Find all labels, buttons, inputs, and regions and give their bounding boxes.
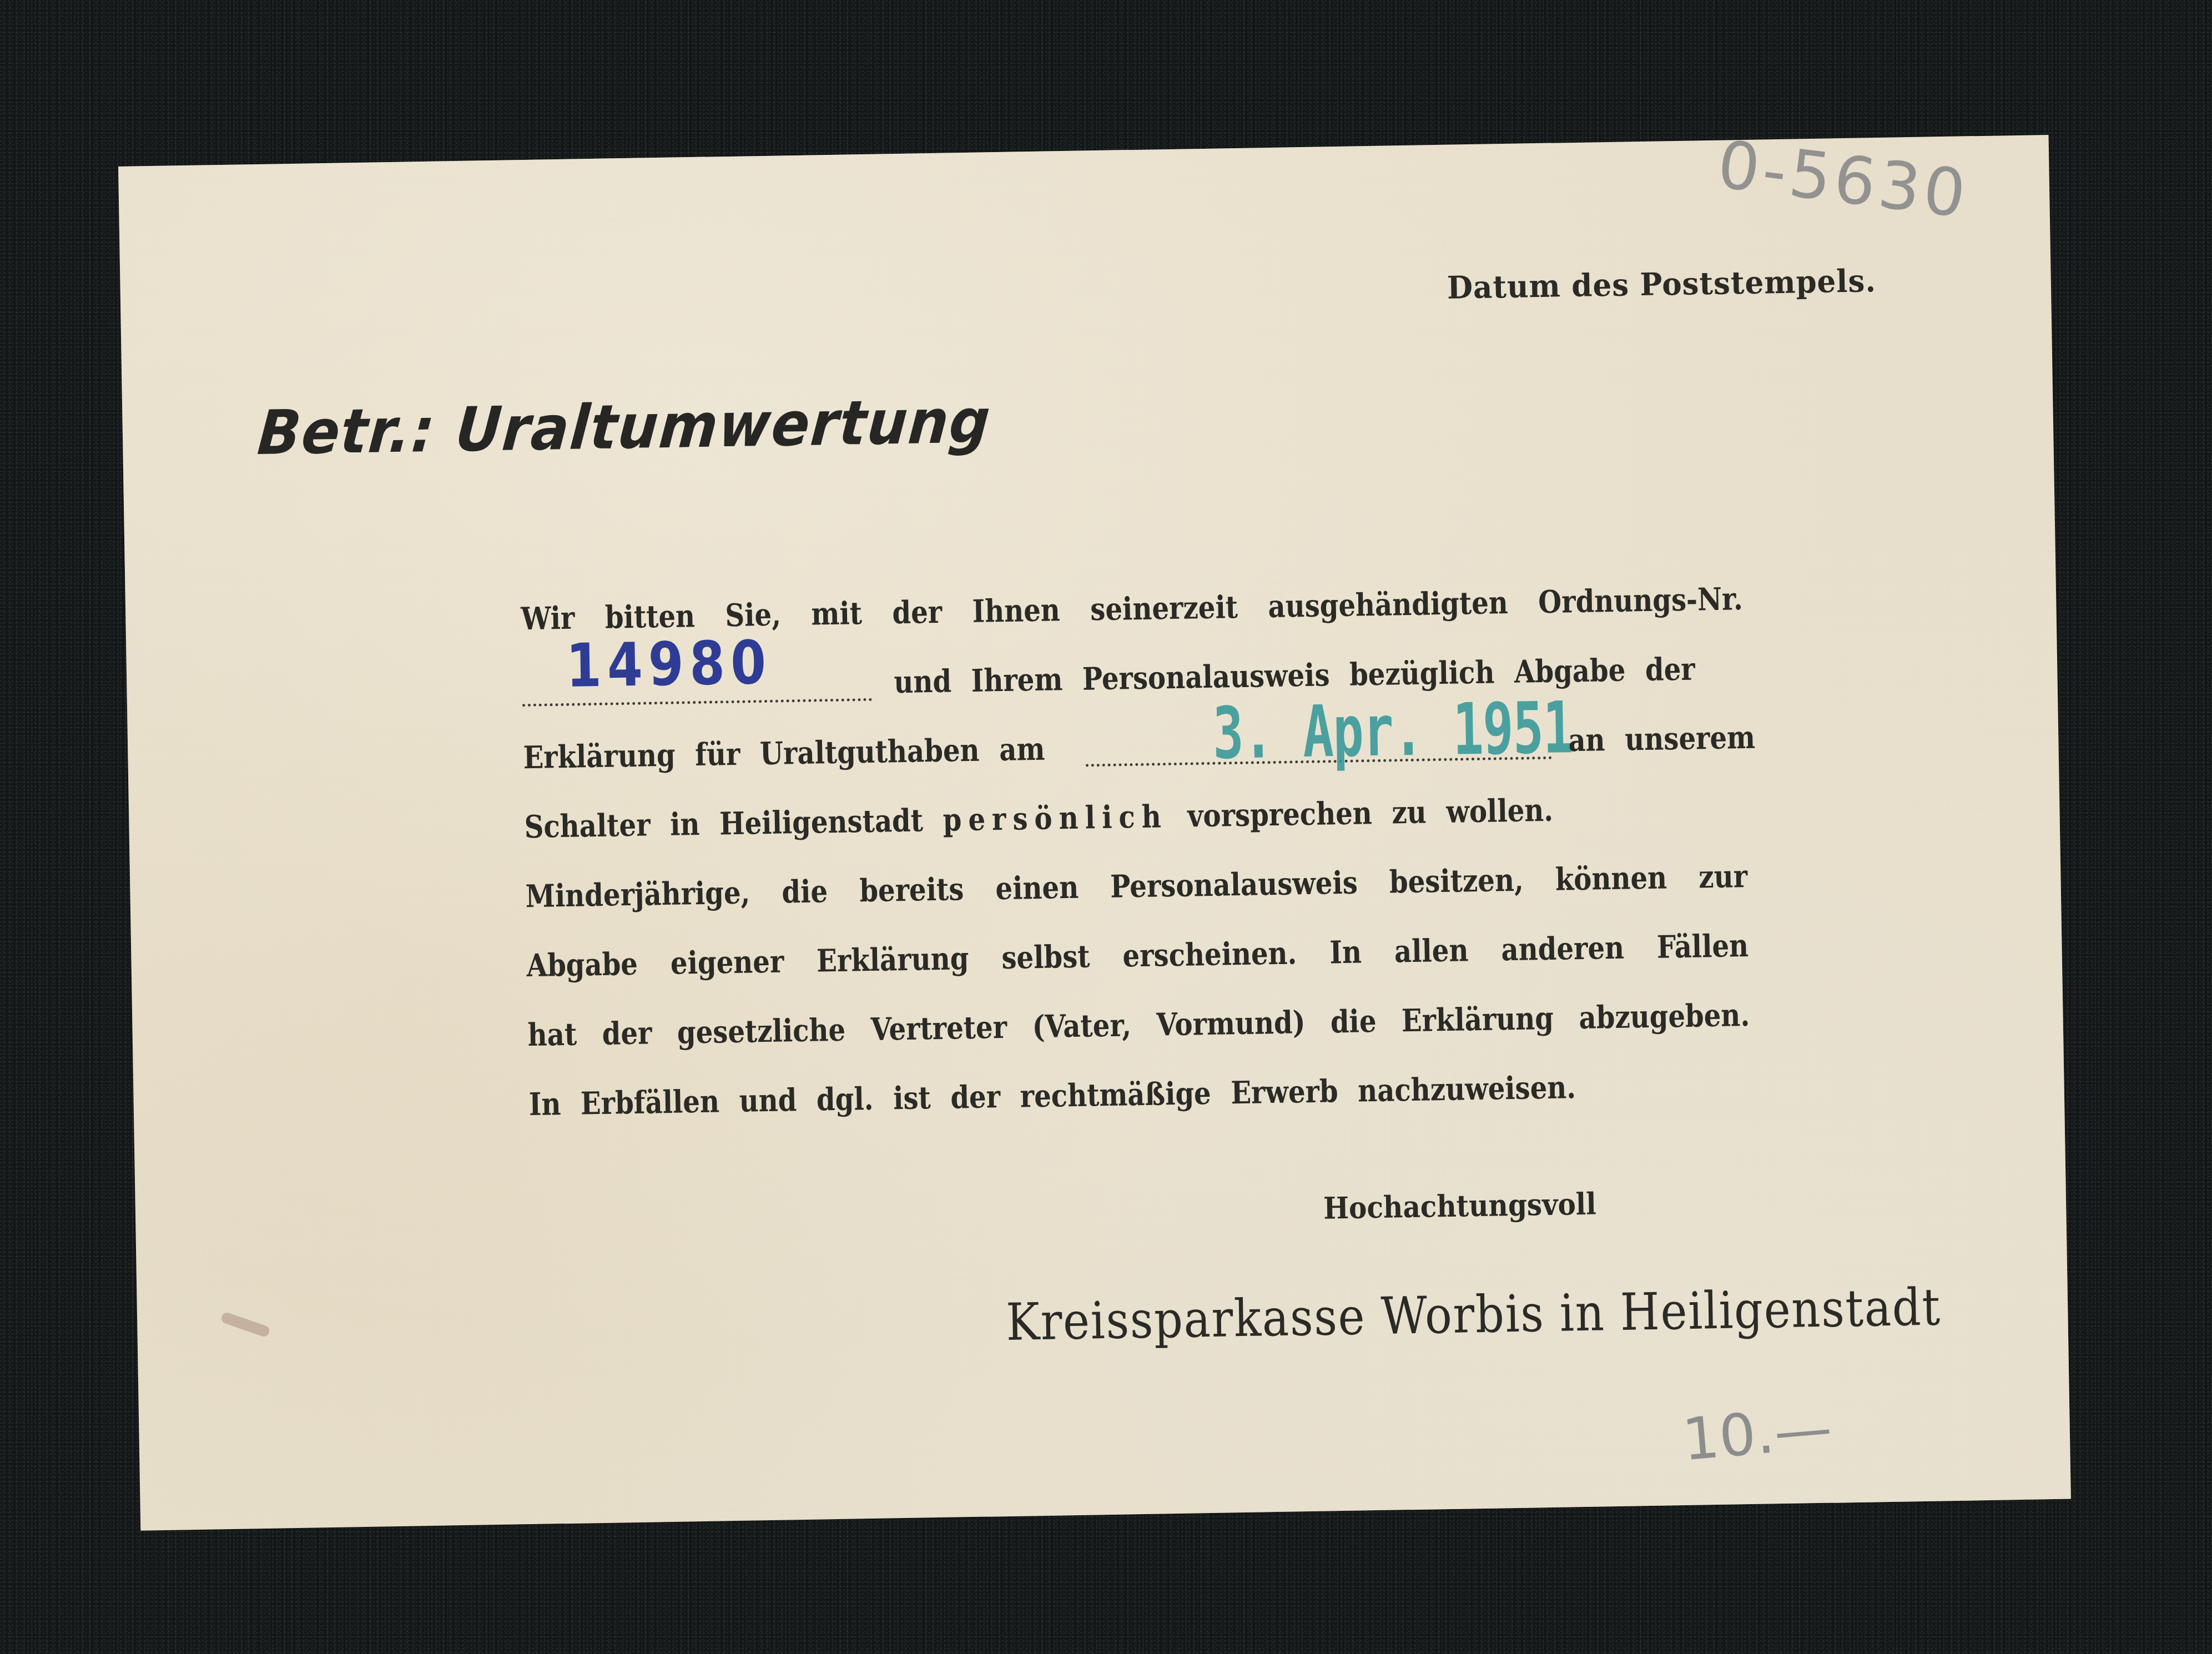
paper-stain: [220, 1311, 271, 1338]
sender-institution: Kreissparkasse Worbis in Heiligenstadt: [1006, 1277, 1942, 1352]
closing-salutation: Hochachtungsvoll: [1323, 1186, 1597, 1226]
postmark-date-line: Datum des Poststempels.: [1447, 263, 1876, 306]
handwritten-order-number: 14980: [566, 628, 772, 701]
letter-body: Wir bitten Sie, mit der Ihnen seinerzeit…: [520, 544, 1950, 1123]
order-number-field: 14980: [522, 648, 872, 707]
emphasis-persoenlich: persönlich: [943, 798, 1168, 839]
appointment-date-field: 3. Apr. 1951: [1085, 707, 1551, 767]
pencil-reference-number: 0-5630: [1714, 126, 1973, 233]
pencil-price-note: 10.—: [1680, 1393, 1835, 1474]
subject-line: Betr.: Uraltumwertung: [255, 385, 994, 468]
postcard: 0-5630 Datum des Poststempels. Betr.: Ur…: [118, 135, 2071, 1531]
